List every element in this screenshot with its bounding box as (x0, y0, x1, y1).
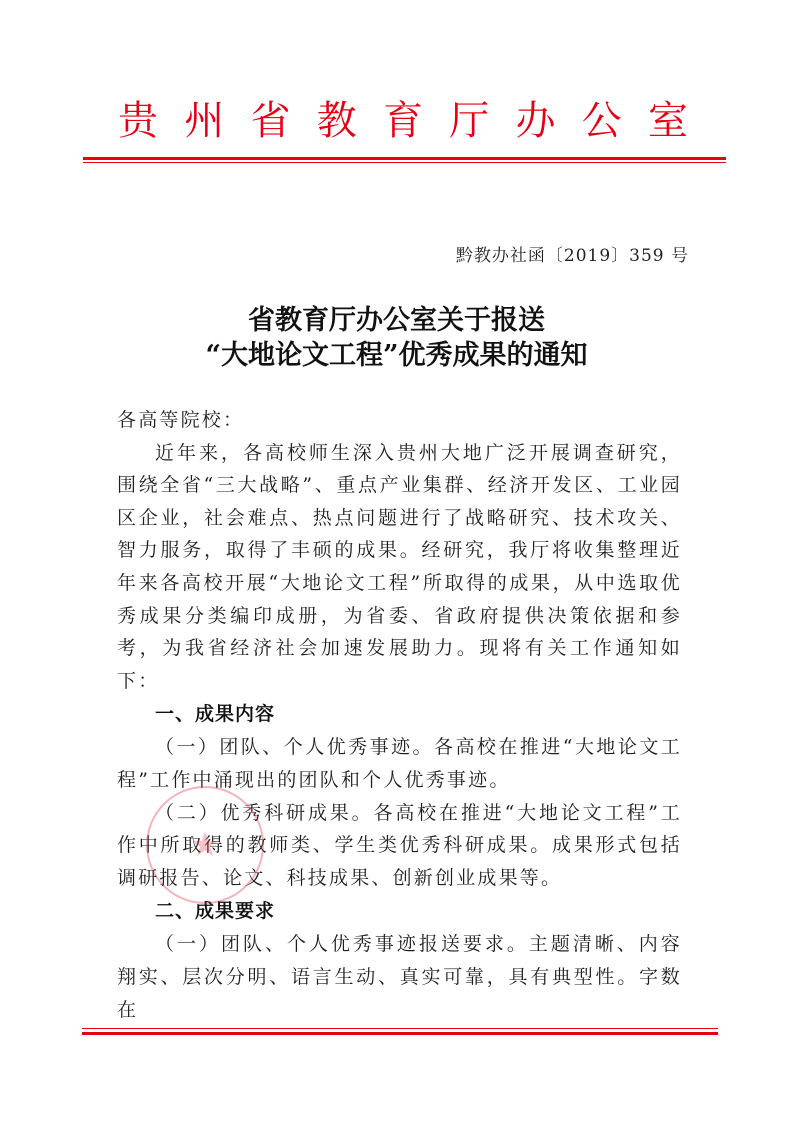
header-divider-thin (83, 162, 726, 163)
document-page: 贵 州 省 教 育 厅 办 公 室 黔教办社函〔2019〕359 号 省教育厅办… (0, 0, 793, 1124)
letterhead-char: 教 (317, 96, 357, 146)
document-title: 省教育厅办公室关于报送 “大地论文工程”优秀成果的通知 (0, 303, 793, 373)
letterhead-char: 办 (516, 96, 556, 146)
footer-divider-thin (82, 1028, 718, 1029)
title-line-2: “大地论文工程”优秀成果的通知 (0, 338, 793, 373)
letterhead-char: 厅 (449, 96, 489, 146)
letterhead-char: 公 (582, 96, 622, 146)
section-1-item-1: （一）团队、个人优秀事迹。各高校在推进“大地论文工程”工作中涌现出的团队和个人优… (117, 731, 682, 796)
letterhead-title: 贵 州 省 教 育 厅 办 公 室 (118, 96, 688, 146)
section-1-item-2: （二）优秀科研成果。各高校在推进“大地论文工程”工作中所取得的教师类、学生类优秀… (117, 797, 682, 895)
title-line-1: 省教育厅办公室关于报送 (0, 303, 793, 338)
section-heading-2: 二、成果要求 (117, 894, 682, 928)
section-heading-1: 一、成果内容 (117, 697, 682, 731)
section-2-item-1: （一）团队、个人优秀事迹报送要求。主题清晰、内容翔实、层次分明、语言生动、真实可… (117, 928, 682, 1026)
letterhead-char: 州 (184, 96, 224, 146)
intro-paragraph: 近年来，各高校师生深入贵州大地广泛开展调查研究，围绕全省“三大战略”、重点产业集… (117, 437, 682, 698)
salutation: 各高等院校： (117, 404, 682, 437)
footer-divider-thick (82, 1032, 718, 1035)
letterhead-char: 育 (383, 96, 423, 146)
letterhead-char: 室 (648, 96, 688, 146)
document-number: 黔教办社函〔2019〕359 号 (456, 244, 689, 268)
header-divider-thick (83, 157, 726, 160)
letterhead-char: 贵 (118, 96, 158, 146)
document-body: 各高等院校： 近年来，各高校师生深入贵州大地广泛开展调查研究，围绕全省“三大战略… (117, 404, 682, 1026)
letterhead-char: 省 (251, 96, 291, 146)
